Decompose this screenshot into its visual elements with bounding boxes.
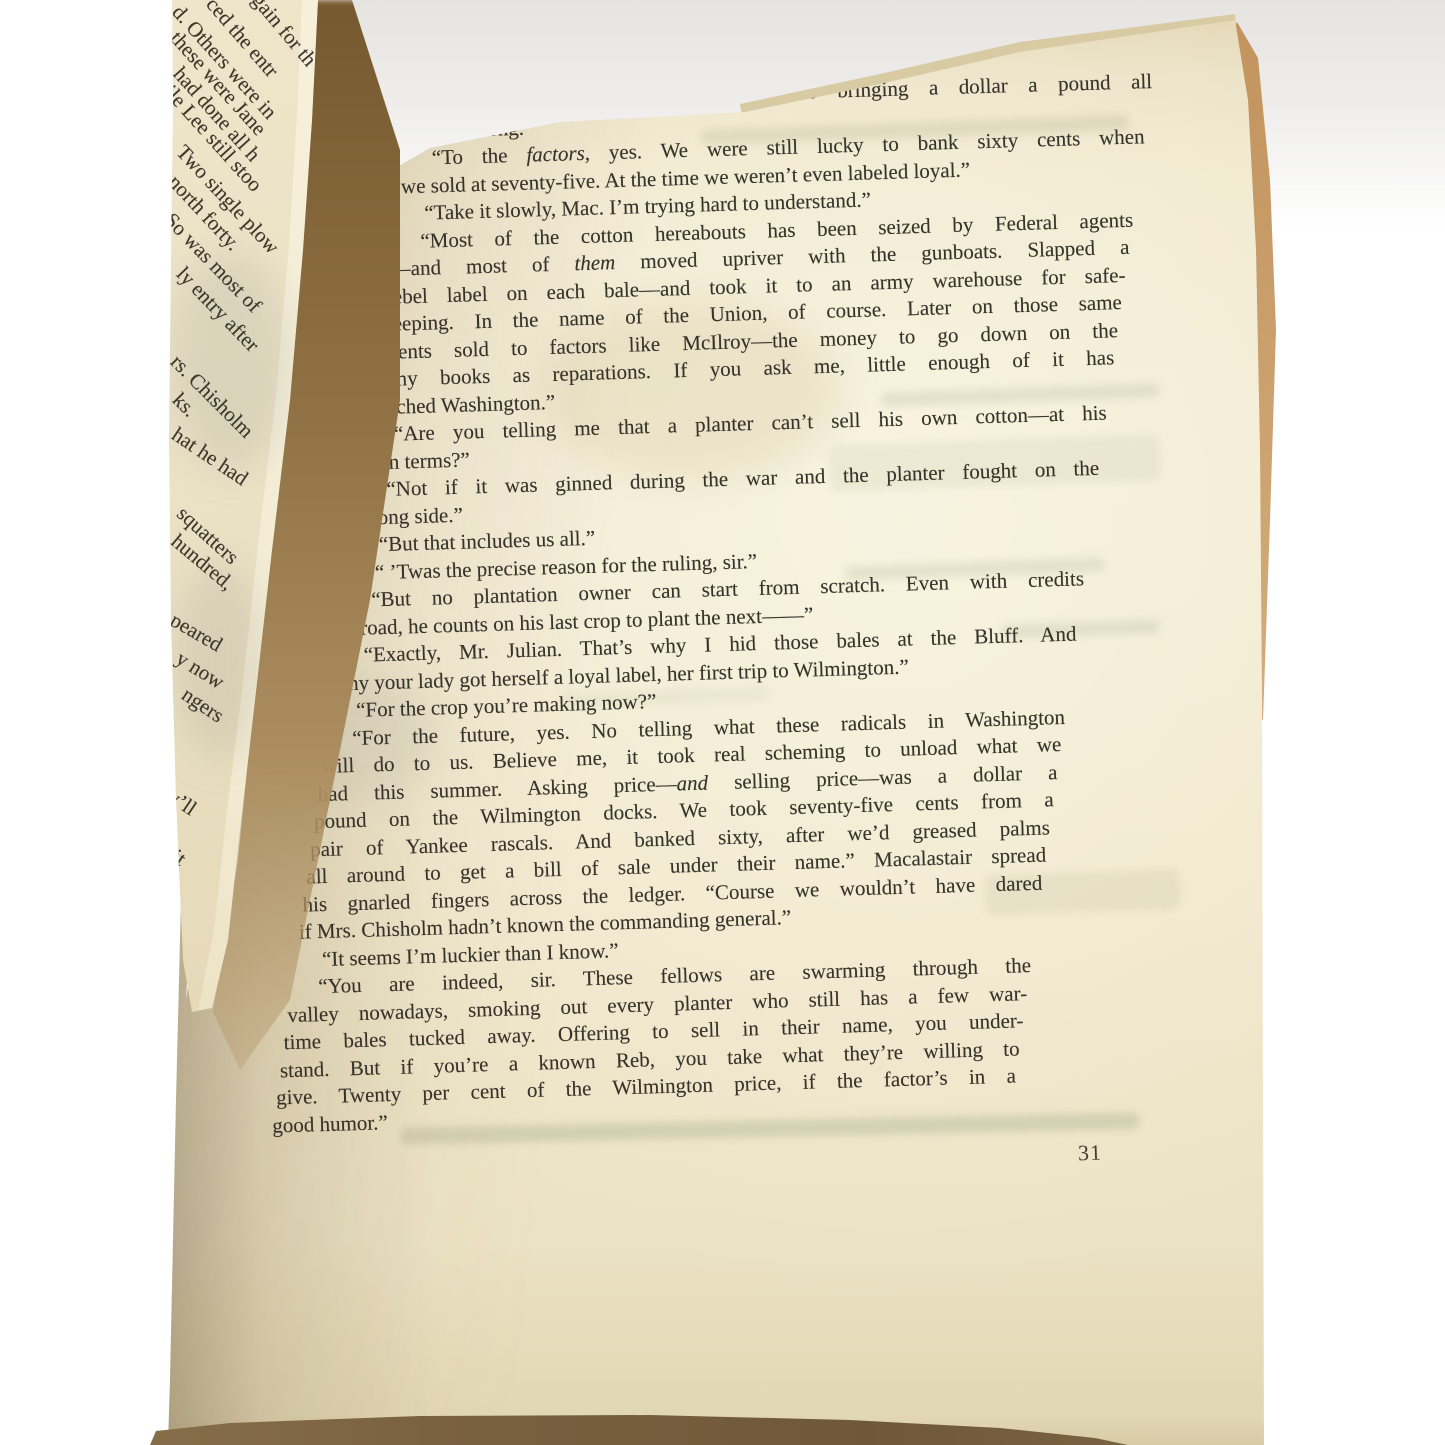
paragraph: “For the future, yes. No telling what th… (295, 703, 1065, 946)
paragraph: “You are indeed, sir. These fellows are … (268, 952, 1030, 1140)
book-photo: “But my wife said that cotton was bringi… (0, 0, 1445, 1445)
curled-page-text-fragment: y’ll (163, 784, 201, 821)
text-block: “But my wife said that cotton was bringi… (268, 68, 1151, 1140)
curled-page-text-fragment: it (167, 844, 191, 871)
page-number: 31 (1078, 1140, 1103, 1167)
paragraph: “Most of the cotton hereabouts has been … (367, 206, 1133, 421)
